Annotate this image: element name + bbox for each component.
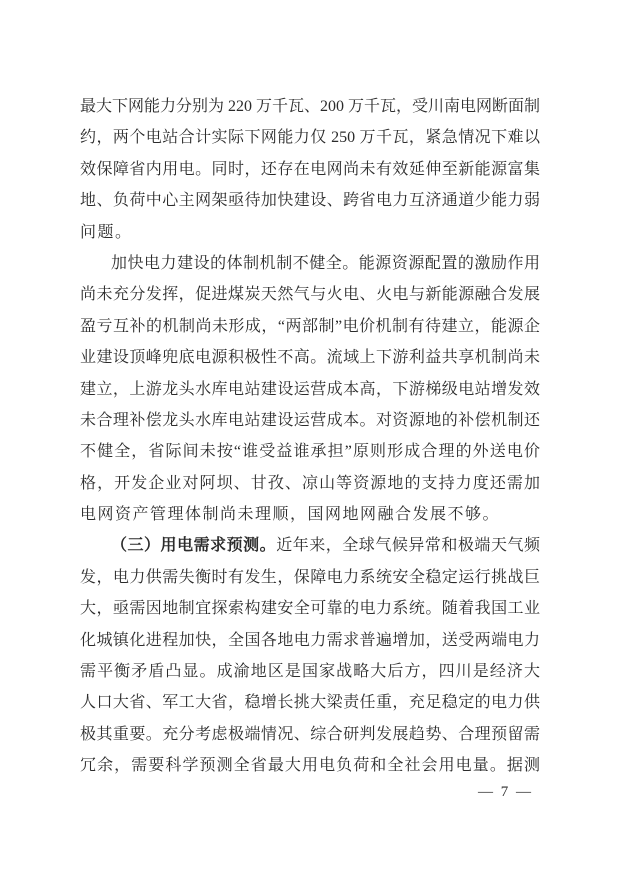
text-line: 格，开发企业对阿坝、甘孜、凉山等资源地的支持力度还需加大。	[80, 468, 540, 499]
text-line: 效保障省内用电。同时，还存在电网尚未有效延伸至新能源富集	[80, 154, 540, 185]
body-text: 最大下网能力分别为 220 万千瓦、200 万千瓦，受川南电网断面制 约，两个电…	[80, 91, 540, 782]
section-heading: （三）用电需求预测。	[111, 537, 276, 554]
text-line: 大，亟需因地制宜探索构建安全可靠的电力系统。随着我国工业	[80, 593, 540, 624]
text-line: 电网资产管理体制尚未理顺，国网地网融合发展不够。	[80, 499, 540, 530]
text-line: 需平衡矛盾凸显。成渝地区是国家战略大后方，四川是经济大省、	[80, 656, 540, 687]
text-line: 极其重要。充分考虑极端情况、综合研判发展趋势、合理预留需求	[80, 719, 540, 750]
paragraph-mechanism: 加快电力建设的体制机制不健全。能源资源配置的激励作用 尚未充分发挥，促进煤炭天然…	[80, 248, 540, 531]
text-line: 冗余，需要科学预测全省最大用电负荷和全社会用电量。据测算，	[80, 750, 540, 781]
text-line: （三）用电需求预测。近年来，全球气候异常和极端天气频	[80, 530, 540, 561]
document-page: 最大下网能力分别为 220 万千瓦、200 万千瓦，受川南电网断面制 约，两个电…	[0, 0, 620, 876]
text-line: 建立，上游龙头水库电站建设运营成本高，下游梯级电站增发效益	[80, 374, 540, 405]
text-line: 化城镇化进程加快，全国各地电力需求普遍增加，送受两端电力供	[80, 625, 540, 656]
text-line: 业建设顶峰兜底电源积极性不高。流域上下游利益共享机制尚未	[80, 342, 540, 373]
text-line: 发，电力供需失衡时有发生，保障电力系统安全稳定运行挑战巨	[80, 562, 540, 593]
paragraph-grid-capacity: 最大下网能力分别为 220 万千瓦、200 万千瓦，受川南电网断面制 约，两个电…	[80, 91, 540, 248]
text-line: 人口大省、军工大省，稳增长挑大梁责任重，充足稳定的电力供应	[80, 687, 540, 718]
text-span: 近年来，全球气候异常和极端天气频	[276, 537, 540, 554]
paragraph-demand-forecast: （三）用电需求预测。近年来，全球气候异常和极端天气频 发，电力供需失衡时有发生，…	[80, 530, 540, 781]
text-line: 加快电力建设的体制机制不健全。能源资源配置的激励作用	[80, 248, 540, 279]
text-line: 尚未充分发挥，促进煤炭天然气与火电、火电与新能源融合发展及	[80, 279, 540, 310]
text-line: 不健全，省际间未按“谁受益谁承担”原则形成合理的外送电价	[80, 436, 540, 467]
text-line: 未合理补偿龙头水库电站建设运营成本。对资源地的补偿机制还	[80, 405, 540, 436]
page-number: — 7 —	[478, 782, 533, 802]
text-line: 最大下网能力分别为 220 万千瓦、200 万千瓦，受川南电网断面制	[80, 91, 540, 122]
text-line: 问题。	[80, 217, 540, 248]
text-line: 地、负荷中心主网架亟待加快建设、跨省电力互济通道少能力弱等	[80, 185, 540, 216]
text-line: 约，两个电站合计实际下网能力仅 250 万千瓦，紧急情况下难以有	[80, 122, 540, 153]
text-line: 盈亏互补的机制尚未形成，“两部制”电价机制有待建立，能源企	[80, 311, 540, 342]
